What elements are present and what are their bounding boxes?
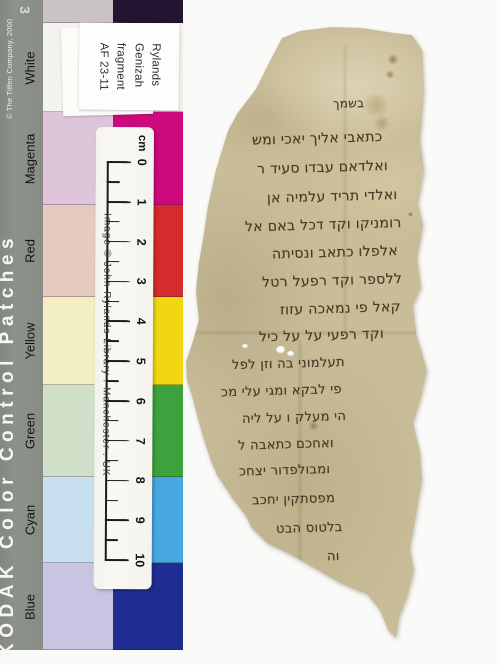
ruler-tick-cm [107, 201, 131, 203]
manuscript-text-line: הי מעלק ו על ליה [242, 410, 346, 426]
archive-label-line: Genizah [129, 42, 147, 90]
ruler-tick-cm [106, 241, 130, 243]
manuscript-text-line: ומבולפדור יצחכ [239, 463, 331, 479]
ruler-number: 3 [134, 278, 148, 285]
ruler-tick-cm [105, 440, 129, 442]
ruler-tick-half [105, 539, 118, 540]
ruler-number: 9 [133, 517, 147, 524]
manuscript-text-line: וה [327, 550, 340, 563]
manuscript-header-word: בשמך [333, 97, 365, 110]
ruler-number: 0 [135, 159, 149, 166]
archive-label-line: fragment [111, 42, 129, 90]
manuscript-text-line: מפסתקין יחכב [252, 492, 335, 507]
manuscript-text-line: ואלדאם עבדו סעיד ר [257, 159, 388, 177]
ruler-tick-cm [105, 519, 129, 521]
ruler-credit-text: Image © John Rylands Library . Mancheste… [100, 213, 112, 477]
archive-label: Rylands Genizah fragment AF 23-11 [79, 22, 180, 110]
ruler-tick-cm [107, 161, 131, 163]
manuscript-photo: KODAK Color Control Patches © The Tiffen… [0, 0, 500, 665]
ruler-tick-half [107, 181, 120, 182]
ruler-number: 10 [133, 553, 147, 567]
ruler-number: 5 [134, 358, 148, 365]
archive-label-line: AF 23-11 [94, 42, 112, 90]
ruler-tick-half [105, 460, 118, 461]
ruler-tick-half [106, 301, 119, 302]
ruler-tick-cm [106, 320, 130, 322]
manuscript-text-line: ואלדי תריד עלמיה אן [267, 188, 398, 206]
ruler-number: 1 [135, 199, 149, 206]
ruler-tick-cm [106, 281, 130, 283]
manuscript-text-line: רומניקו וקד דכל באם אל [245, 216, 402, 234]
manuscript-text-line: קאל פי נמאכה עזוז [280, 300, 401, 317]
manuscript-text-line: בלטוס הבט [276, 521, 343, 536]
manuscript-text-line: תעלמוני בה וזן לפל [232, 356, 345, 372]
ruler-number: 8 [133, 477, 147, 484]
ruler-tick-cm [106, 400, 130, 402]
ruler-tick-half [105, 420, 118, 421]
manuscript-text-line: פי לבקא ומגי עלי מכ [221, 383, 342, 399]
archive-label-text: Rylands Genizah fragment AF 23-11 [94, 42, 163, 91]
ruler-tick-half [106, 380, 119, 381]
ruler-tick-cm [106, 360, 130, 362]
ruler-unit-label: cm [136, 135, 148, 152]
manuscript-text-line: כתאבי אליך יאכי ומש [251, 130, 382, 148]
ruler-tick-half [107, 221, 120, 222]
manuscript-text-line: וקד רפעי על על כיל [259, 327, 384, 344]
ruler-number: 6 [134, 398, 148, 405]
ruler-number: 4 [134, 318, 148, 325]
ruler-tick-half [106, 261, 119, 262]
ruler-number: 2 [134, 238, 148, 245]
ruler-number: 7 [133, 437, 147, 444]
ruler-tick-cm [105, 559, 129, 561]
ruler-tick-half [106, 340, 119, 341]
manuscript-text-line: ואחכם כתאבה ל [238, 437, 334, 453]
ruler-tick-half [105, 500, 118, 501]
cm-ruler: cm Image © John Rylands Library . Manche… [94, 127, 154, 589]
archive-label-line: Rylands [146, 43, 164, 91]
ruler-tick-cm [105, 480, 129, 482]
manuscript-text-line: ללספר וקד רפעל רטל [262, 272, 402, 290]
manuscript-text-line: אלפלו כתאב ונסיתה [272, 244, 398, 262]
